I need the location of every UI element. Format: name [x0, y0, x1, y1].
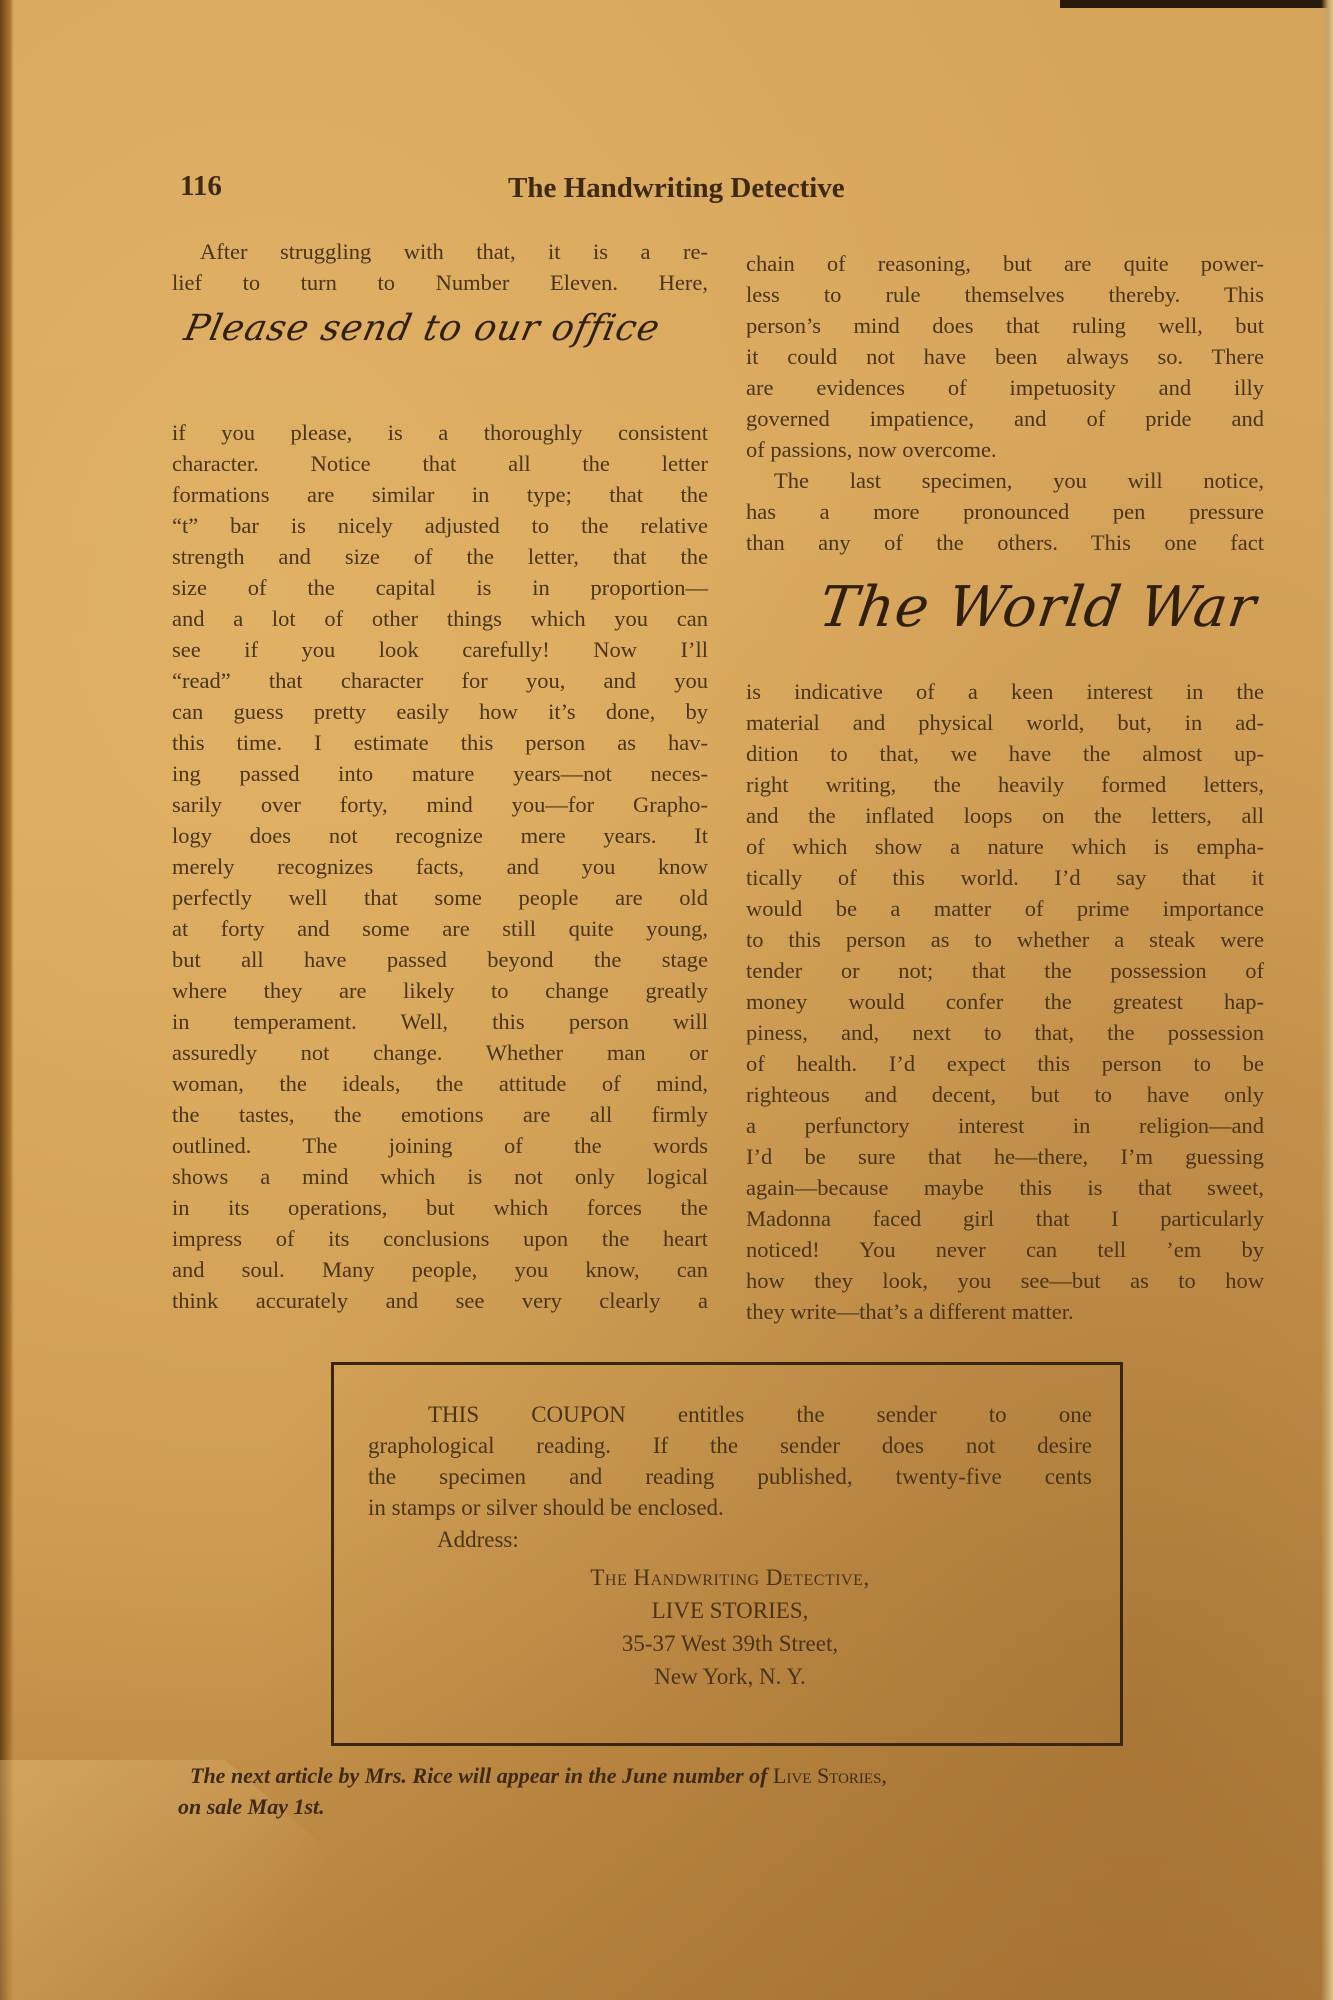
text-line: assuredly not change. Whether man or: [172, 1037, 708, 1068]
text-line: less to rule themselves thereby. This: [746, 279, 1264, 310]
text-line: money would confer the greatest hap-: [746, 986, 1264, 1017]
handwriting-specimen-last: The World War: [815, 575, 1260, 640]
page-number: 116: [180, 170, 222, 203]
text-line: sarily over forty, mind you—for Grapho-: [172, 789, 708, 820]
text-line: would be a matter of prime importance: [746, 893, 1264, 924]
running-title: The Handwriting Detective: [508, 172, 845, 205]
address-label: Address:: [437, 1527, 519, 1553]
text-line: chain of reasoning, but are quite power-: [746, 248, 1264, 279]
text-line: “t” bar is nicely adjusted to the relati…: [172, 510, 708, 541]
text-line: tically of this world. I’d say that it: [746, 862, 1264, 893]
text-line: where they are likely to change greatly: [172, 975, 708, 1006]
text-line: I’d be sure that he—there, I’m guessing: [746, 1141, 1264, 1172]
address-line-1: The Handwriting Detective,: [334, 1561, 1126, 1594]
text-line: see if you look carefully! Now I’ll: [172, 634, 708, 665]
next-article-note: The next article by Mrs. Rice will appea…: [190, 1760, 1280, 1822]
magazine-page: 116 The Handwriting Detective After stru…: [0, 0, 1333, 2000]
text-line: in temperament. Well, this person will: [172, 1006, 708, 1037]
text-line: it could not have been always so. There: [746, 341, 1264, 372]
text-line: right writing, the heavily formed letter…: [746, 769, 1264, 800]
text-line: shows a mind which is not only logical: [172, 1161, 708, 1192]
text-line: than any of the others. This one fact: [746, 527, 1264, 558]
text-line: logy does not recognize mere years. It: [172, 820, 708, 851]
text-line: at forty and some are still quite young,: [172, 913, 708, 944]
text-line: character. Notice that all the letter: [172, 448, 708, 479]
address-line-4: New York, N. Y.: [334, 1660, 1126, 1693]
text-line: piness, and, next to that, the possessio…: [746, 1017, 1264, 1048]
mailing-address: The Handwriting Detective, LIVE STORIES,…: [334, 1561, 1126, 1693]
coupon-line: THIS COUPON entitles the sender to one: [368, 1399, 1092, 1430]
text-line: if you please, is a thoroughly consisten…: [172, 417, 708, 448]
text-line: has a more pronounced pen pressure: [746, 496, 1264, 527]
text-line: can guess pretty easily how it’s done, b…: [172, 696, 708, 727]
note-text: The next article by Mrs. Rice will appea…: [190, 1763, 773, 1788]
address-line-3: 35-37 West 39th Street,: [334, 1627, 1126, 1660]
text-line: impress of its conclusions upon the hear…: [172, 1223, 708, 1254]
text-line: tender or not; that the possession of: [746, 955, 1264, 986]
text-line: merely recognizes facts, and you know: [172, 851, 708, 882]
text-line: righteous and decent, but to have only: [746, 1079, 1264, 1110]
text-line: formations are similar in type; that the: [172, 479, 708, 510]
text-line: perfectly well that some people are old: [172, 882, 708, 913]
text-line: and the inflated loops on the letters, a…: [746, 800, 1264, 831]
coupon-line: graphological reading. If the sender doe…: [368, 1430, 1092, 1461]
handwriting-specimen-eleven: Please send to our office: [181, 308, 664, 349]
text-line: strength and size of the letter, that th…: [172, 541, 708, 572]
coupon-box: THIS COUPON entitles the sender to one g…: [331, 1362, 1123, 1746]
text-line: but all have passed beyond the stage: [172, 944, 708, 975]
text-line: noticed! You never can tell ’em by: [746, 1234, 1264, 1265]
text-line: think accurately and see very clearly a: [172, 1285, 708, 1316]
note-sale-date: on sale May 1st.: [178, 1791, 1280, 1822]
text-line: to this person as to whether a steak wer…: [746, 924, 1264, 955]
text-line: lief to turn to Number Eleven. Here,: [172, 267, 708, 298]
text-line: After struggling with that, it is a re-: [172, 236, 708, 267]
coupon-line: in stamps or silver should be enclosed.: [368, 1492, 1092, 1523]
right-column-bottom: is indicative of a keen interest in the …: [746, 676, 1264, 1327]
text-line: is indicative of a keen interest in the: [746, 676, 1264, 707]
text-line: and a lot of other things which you can: [172, 603, 708, 634]
text-line: Madonna faced girl that I particularly: [746, 1203, 1264, 1234]
text-line: and soul. Many people, you know, can: [172, 1254, 708, 1285]
text-line: of which show a nature which is empha-: [746, 831, 1264, 862]
text-line: governed impatience, and of pride and: [746, 403, 1264, 434]
text-line: “read” that character for you, and you: [172, 665, 708, 696]
text-line: of passions, now overcome.: [746, 434, 1264, 465]
text-line: a perfunctory interest in religion—and: [746, 1110, 1264, 1141]
address-line-2: LIVE STORIES,: [334, 1594, 1126, 1627]
text-line: in its operations, but which forces the: [172, 1192, 708, 1223]
left-column-body: if you please, is a thoroughly consisten…: [172, 417, 708, 1316]
text-line: are evidences of impetuosity and illy: [746, 372, 1264, 403]
right-column-top: chain of reasoning, but are quite power-…: [746, 248, 1264, 558]
page-top-shadow: [1060, 0, 1333, 8]
text-line: of health. I’d expect this person to be: [746, 1048, 1264, 1079]
text-line: person’s mind does that ruling well, but: [746, 310, 1264, 341]
text-line: the tastes, the emotions are all firmly: [172, 1099, 708, 1130]
text-line: they write—that’s a different matter.: [746, 1296, 1264, 1327]
text-line: outlined. The joining of the words: [172, 1130, 708, 1161]
page-right-edge: [1321, 0, 1333, 2000]
text-line: The last specimen, you will notice,: [746, 465, 1264, 496]
text-line: material and physical world, but, in ad-: [746, 707, 1264, 738]
text-line: how they look, you see—but as to how: [746, 1265, 1264, 1296]
text-line: again—because maybe this is that sweet,: [746, 1172, 1264, 1203]
text-line: this time. I estimate this person as hav…: [172, 727, 708, 758]
text-line: size of the capital is in proportion—: [172, 572, 708, 603]
left-column-intro: After struggling with that, it is a re- …: [172, 236, 708, 298]
coupon-text: THIS COUPON entitles the sender to one g…: [368, 1399, 1092, 1523]
page-binding-edge: [0, 0, 14, 2000]
text-line: dition to that, we have the almost up-: [746, 738, 1264, 769]
running-head: 116 The Handwriting Detective: [180, 170, 1280, 210]
publication-name: Live Stories,: [773, 1763, 887, 1788]
text-line: ing passed into mature years—not neces-: [172, 758, 708, 789]
text-line: woman, the ideals, the attitude of mind,: [172, 1068, 708, 1099]
coupon-line: the specimen and reading published, twen…: [368, 1461, 1092, 1492]
